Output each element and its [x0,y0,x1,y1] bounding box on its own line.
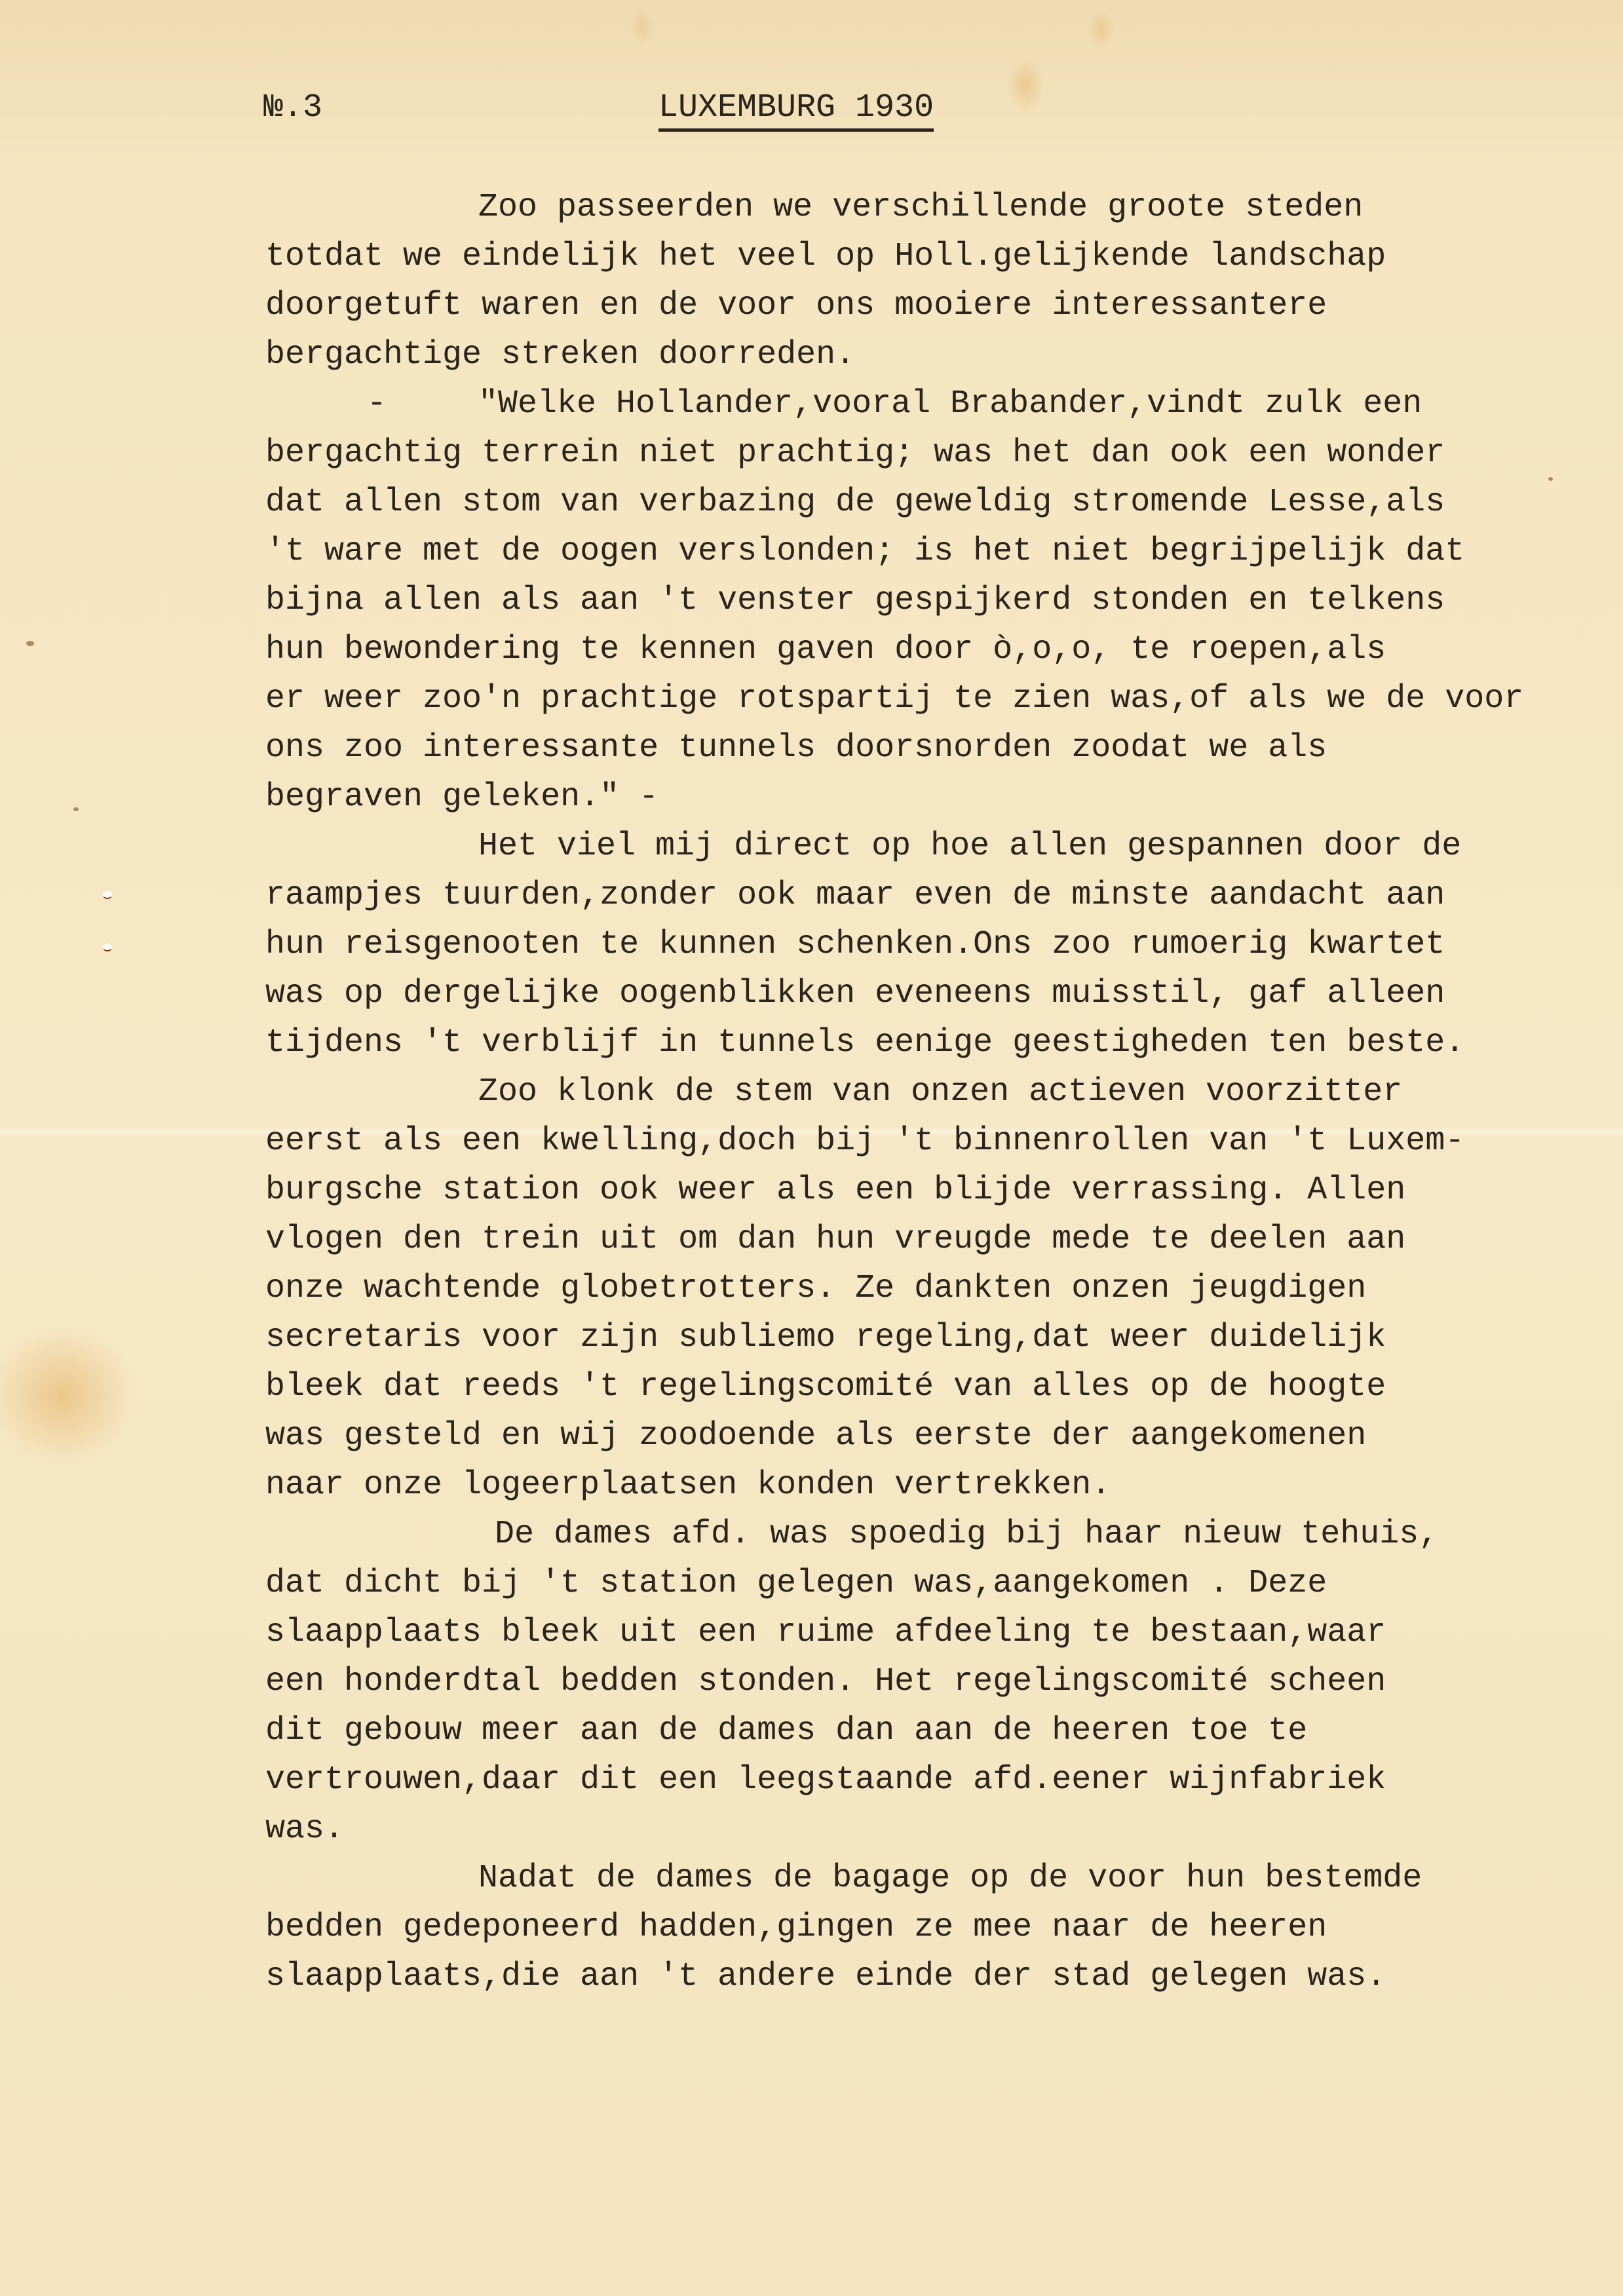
text-line: dit gebouw meer aan de dames dan aan de … [265,1715,1307,1748]
text-line: een honderdtal bedden stonden. Het regel… [265,1666,1386,1698]
text-line: ons zoo interessante tunnels doorsnorden… [265,732,1327,765]
text-line: Zoo passeerden we verschillende groote s… [478,191,1363,224]
page-number: №.3 [263,92,322,124]
paper-speck [26,641,34,646]
text-line: naar onze logeerplaatsen konden vertrekk… [265,1469,1111,1502]
text-line: bleek dat reeds 't regelingscomité van a… [265,1371,1386,1404]
text-line: vertrouwen,daar dit een leegstaande afd.… [265,1764,1386,1797]
text-line: slaapplaats,die aan 't andere einde der … [265,1961,1386,1993]
text-line: begraven geleken." - [265,781,659,814]
text-line: Nadat de dames de bagage op de voor hun … [478,1862,1422,1895]
text-line: vlogen den trein uit om dan hun vreugde … [265,1223,1405,1256]
text-line: slaapplaats bleek uit een ruime afdeelin… [265,1617,1386,1649]
text-line: secretaris voor zijn subliemo regeling,d… [265,1322,1386,1354]
text-line: hun reisgenooten te kunnen schenken.Ons … [265,928,1445,961]
text-line: was gesteld en wij zoodoende als eerste … [265,1420,1366,1453]
text-line: bergachtige streken doorreden. [265,339,855,372]
text-line: onze wachtende globetrotters. Ze dankten… [265,1272,1366,1305]
text-line: Het viel mij direct op hoe allen gespann… [478,830,1461,863]
text-line: doorgetuft waren en de voor ons mooiere … [265,290,1327,322]
text-line: was op dergelijke oogenblikken eveneens … [265,978,1445,1010]
text-line: tijdens 't verblijf in tunnels eenige ge… [265,1027,1464,1060]
punch-hole [103,891,112,898]
text-line: De dames afd. was spoedig bij haar nieuw… [495,1518,1438,1551]
text-line: raampjes tuurden,zonder ook maar even de… [265,879,1445,912]
text-line: bergachtig terrein niet prachtig; was he… [265,437,1445,470]
text-line: bijna allen als aan 't venster gespijker… [265,584,1445,617]
text-line: dat dicht bij 't station gelegen was,aan… [265,1567,1327,1600]
text-line: was. [265,1813,344,1846]
text-line: "Welke Hollander,vooral Brabander,vindt … [478,388,1422,421]
dash-mark: - [367,388,387,421]
text-line: eerst als een kwelling,doch bij 't binne… [265,1125,1464,1158]
text-line: bedden gedeponeerd hadden,gingen ze mee … [265,1911,1327,1944]
paper-speck [1548,477,1553,481]
paper-speck [73,807,79,811]
text-line: burgsche station ook weer als een blijde… [265,1174,1405,1207]
page-title: LUXEMBURG 1930 [659,92,934,132]
punch-hole [103,944,112,950]
text-line: 't ware met de oogen verslonden; is het … [265,535,1464,568]
text-line: hun bewondering te kennen gaven door ò,o… [265,634,1386,666]
text-line: dat allen stom van verbazing de geweldig… [265,486,1445,519]
text-line: totdat we eindelijk het veel op Holl.gel… [265,240,1386,273]
text-line: er weer zoo'n prachtige rotspartij te zi… [265,683,1523,716]
text-line: Zoo klonk de stem van onzen actieven voo… [478,1076,1402,1109]
